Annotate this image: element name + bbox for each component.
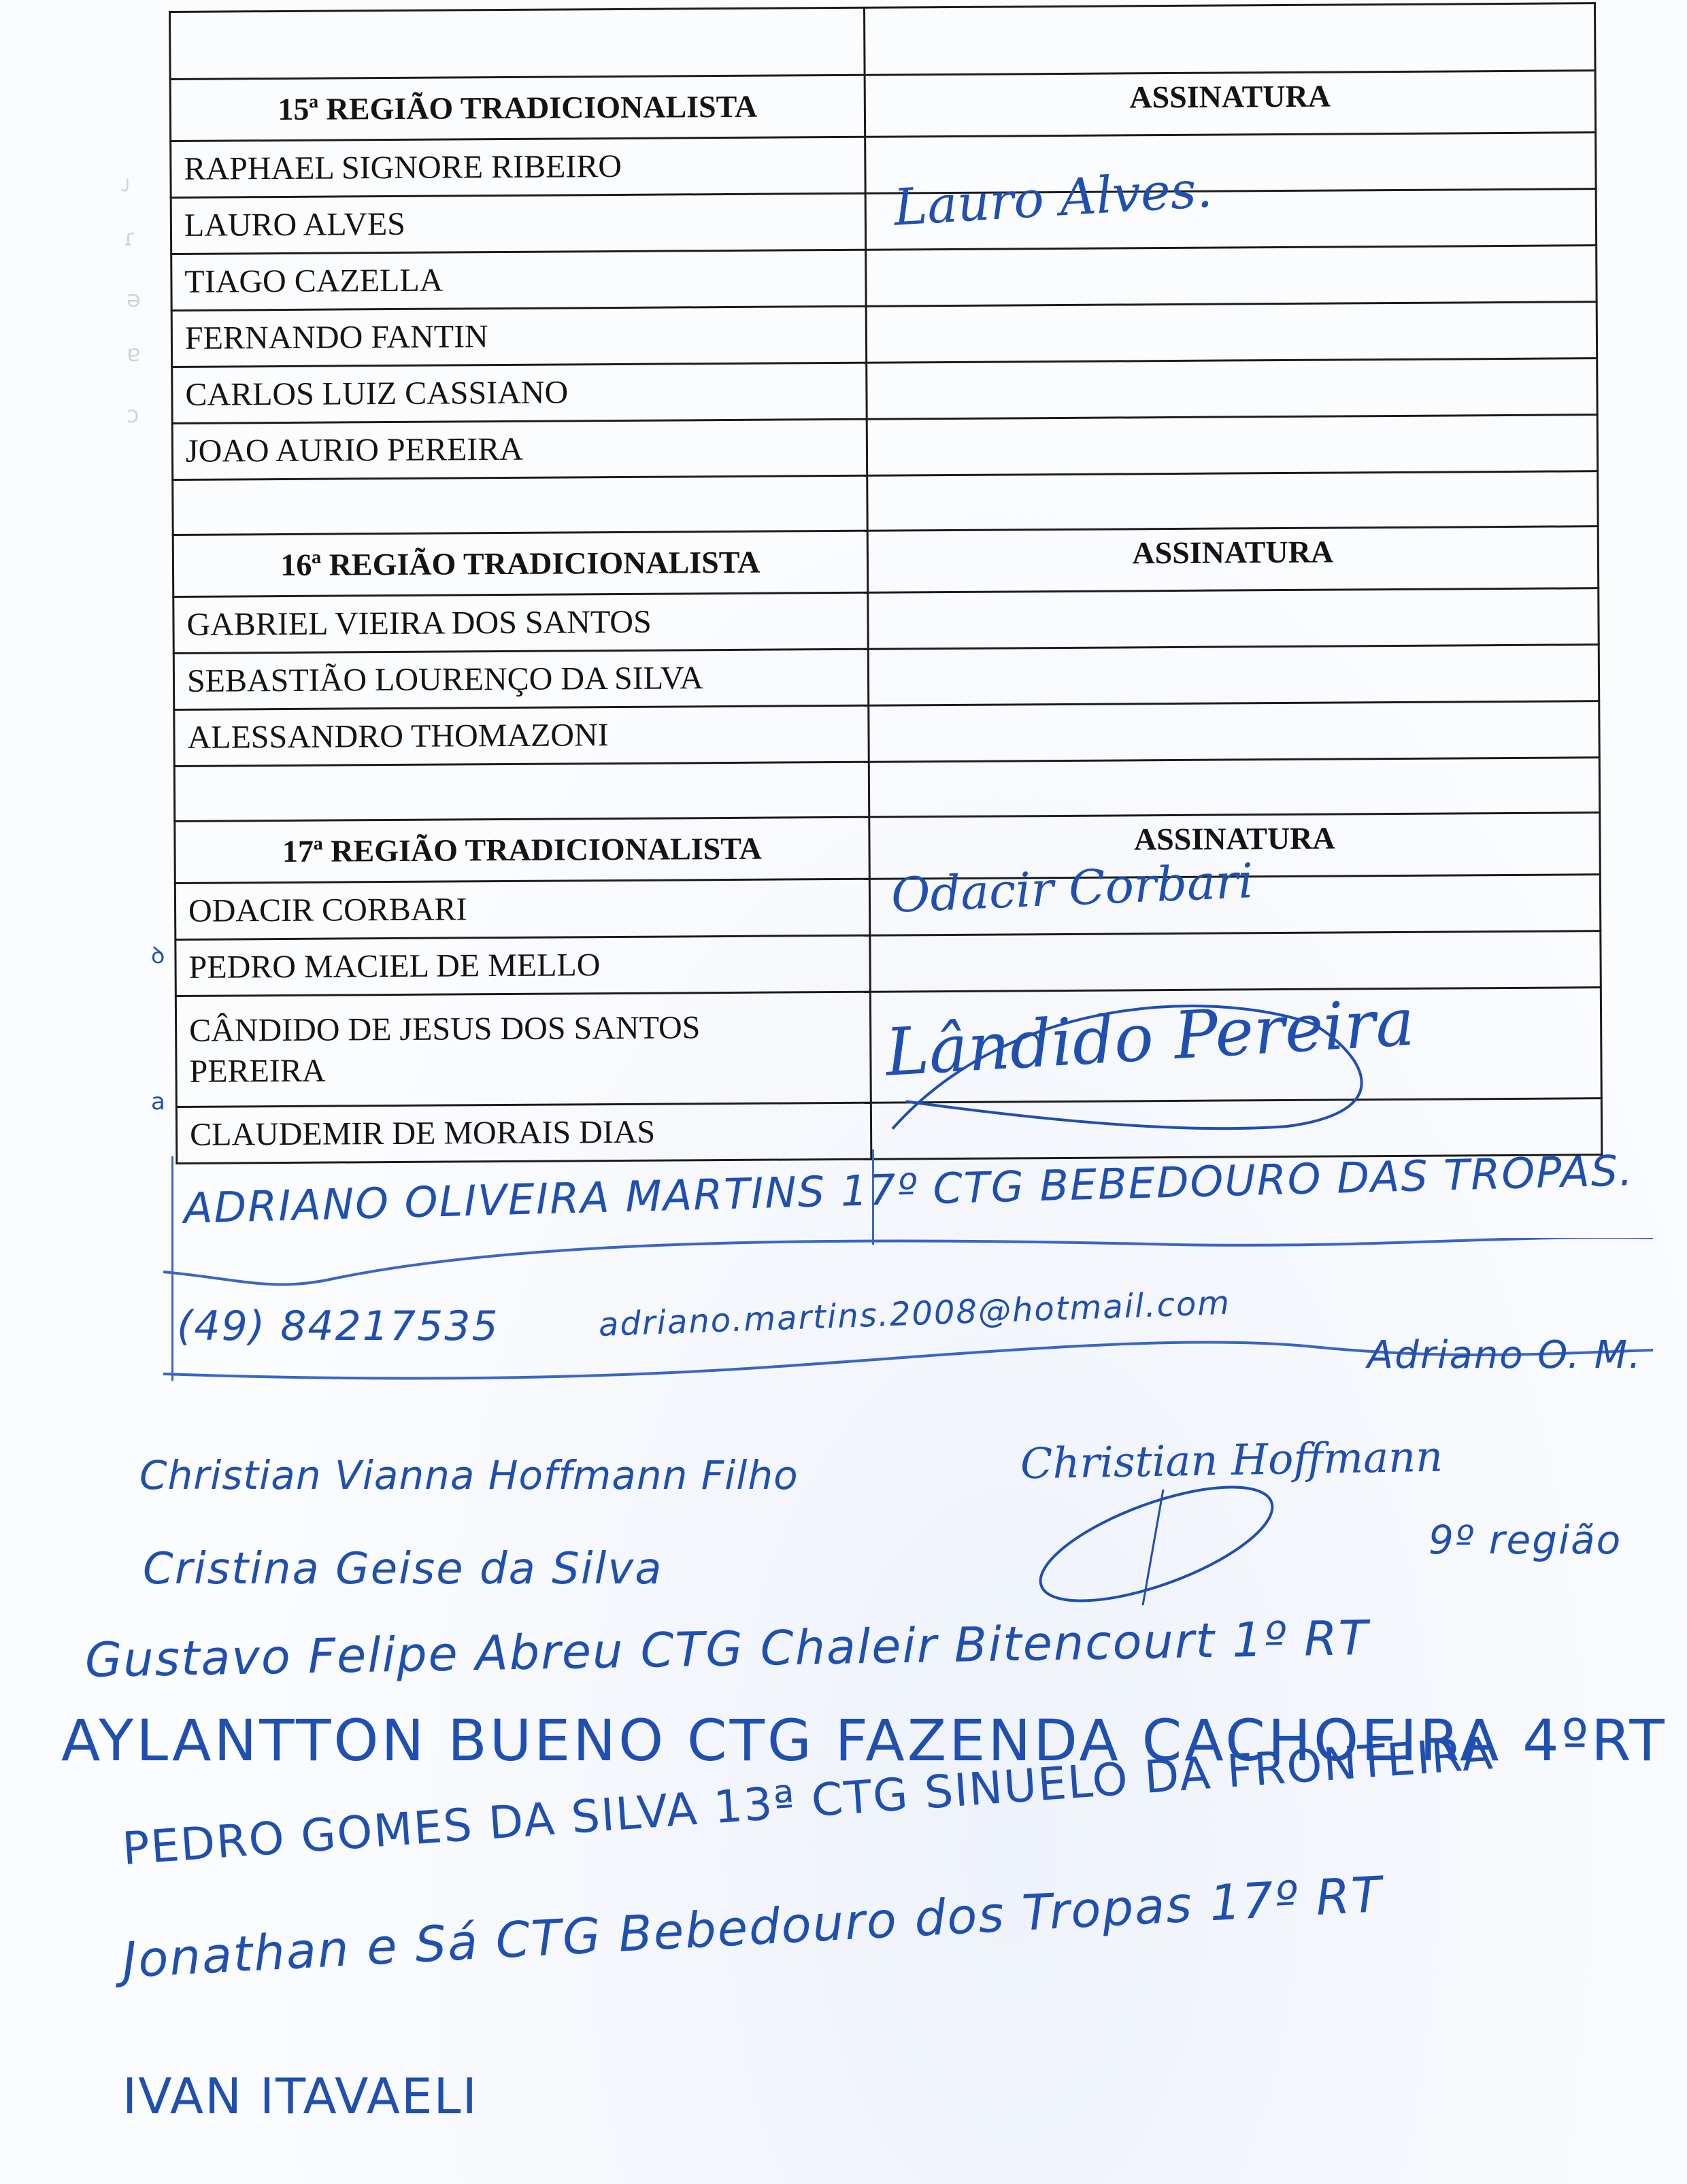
- member-name: GABRIEL VIEIRA DOS SANTOS: [173, 592, 868, 653]
- name-cell: [170, 7, 865, 79]
- table-row: SEBASTIÃO LOURENÇO DA SILVA: [173, 645, 1599, 710]
- table-row-blank: [174, 758, 1599, 822]
- member-name: JOAO AURIO PEREIRA: [172, 419, 867, 480]
- table-row: TIAGO CAZELLA: [171, 246, 1597, 311]
- table-row: CARLOS LUIZ CASSIANO: [172, 358, 1597, 424]
- member-name: TIAGO CAZELLA: [171, 250, 866, 310]
- table-row: RAPHAEL SIGNORE RIBEIRO: [171, 133, 1596, 198]
- margin-bleed-mark: ɔ: [127, 401, 139, 429]
- region-header: 15ª REGIÃO TRADICIONALISTA: [170, 75, 865, 141]
- member-name: FERNANDO FANTIN: [171, 306, 866, 367]
- member-name: RAPHAEL SIGNORE RIBEIRO: [171, 137, 865, 197]
- margin-bleed-mark: ə: [127, 286, 141, 313]
- handwritten-region-note: 9º região: [1429, 1517, 1622, 1563]
- handwritten-phone: (49) 84217535: [177, 1303, 499, 1350]
- member-name-line1: CÂNDIDO DE JESUS DOS SANTOS: [189, 1009, 857, 1047]
- table-row: ALESSANDRO THOMAZONI: [174, 701, 1599, 767]
- region-header: 17ª REGIÃO TRADICIONALISTA: [175, 817, 869, 883]
- region-header: 16ª REGIÃO TRADICIONALISTA: [173, 531, 867, 597]
- section-header-17: 17ª REGIÃO TRADICIONALISTA ASSINATURA: [175, 813, 1601, 884]
- name-cell: [173, 475, 867, 535]
- margin-tick-mark: a: [151, 1088, 165, 1115]
- member-name: CARLOS LUIZ CASSIANO: [172, 363, 867, 423]
- table-row: CÂNDIDO DE JESUS DOS SANTOS PEREIRA Lând…: [176, 988, 1601, 1107]
- handwritten-entry-cristina: Cristina Geise da Silva: [143, 1544, 663, 1594]
- member-name: SEBASTIÃO LOURENÇO DA SILVA: [173, 649, 868, 709]
- signature-cell[interactable]: [867, 588, 1599, 650]
- member-name: ALESSANDRO THOMAZONI: [174, 705, 869, 766]
- signature-cell: [867, 471, 1598, 531]
- signature-cell[interactable]: [866, 302, 1597, 363]
- margin-tick-mark: ꝺ: [151, 939, 165, 970]
- margin-bleed-mark: ᴊ: [121, 170, 130, 197]
- table-row: JOAO AURIO PEREIRA: [172, 415, 1597, 480]
- signature-cell[interactable]: [865, 246, 1597, 307]
- table-row: GABRIEL VIEIRA DOS SANTOS: [173, 588, 1599, 654]
- table-row-blank: [170, 3, 1596, 80]
- table-row: LAURO ALVES Lauro Alves.: [171, 189, 1596, 254]
- signature-cell[interactable]: Lauro Alves.: [865, 189, 1597, 250]
- table-row: ODACIR CORBARI Odacir Corbari: [175, 875, 1600, 940]
- section-header-15: 15ª REGIÃO TRADICIONALISTA ASSINATURA: [170, 71, 1596, 141]
- margin-bleed-mark: ɐ: [127, 340, 140, 367]
- table-row: FERNANDO FANTIN: [171, 302, 1597, 367]
- member-name-line2: PEREIRA: [189, 1051, 857, 1089]
- signature-flourish: [1020, 1476, 1292, 1612]
- handwritten-entry-christian: Christian Vianna Hoffmann Filho: [139, 1452, 799, 1498]
- signature-cell: [864, 3, 1595, 75]
- signature-cell: [869, 758, 1600, 818]
- member-name: PEDRO MACIEL DE MELLO: [176, 935, 870, 996]
- signature-cell[interactable]: Odacir Corbari: [869, 875, 1601, 936]
- signature-cell[interactable]: [867, 415, 1598, 476]
- margin-bleed-mark: ɾ: [124, 224, 136, 252]
- signature-cell[interactable]: [868, 701, 1599, 762]
- signature-cell[interactable]: [868, 645, 1599, 706]
- member-name: CLAUDEMIR DE MORAIS DIAS: [176, 1103, 871, 1163]
- name-cell: [174, 762, 869, 821]
- handwritten-entry-ivan: IVAN ITAVAELI: [122, 2068, 478, 2125]
- section-header-16: 16ª REGIÃO TRADICIONALISTA ASSINATURA: [173, 526, 1599, 597]
- signature-cell[interactable]: [866, 358, 1597, 420]
- member-name: CÂNDIDO DE JESUS DOS SANTOS PEREIRA: [176, 992, 871, 1107]
- table-row-blank: [173, 471, 1598, 535]
- signature-table: 15ª REGIÃO TRADICIONALISTA ASSINATURA RA…: [169, 2, 1603, 1164]
- handwritten-signature: Adriano O. M.: [1367, 1333, 1642, 1377]
- member-name: LAURO ALVES: [171, 193, 865, 254]
- signature-header: ASSINATURA: [865, 71, 1596, 137]
- handwritten-signature: Odacir Corbari: [890, 856, 1254, 921]
- signature-header: ASSINATURA: [867, 526, 1599, 593]
- member-name: ODACIR CORBARI: [175, 879, 869, 939]
- signature-cell[interactable]: Lândido Pereira: [870, 988, 1601, 1103]
